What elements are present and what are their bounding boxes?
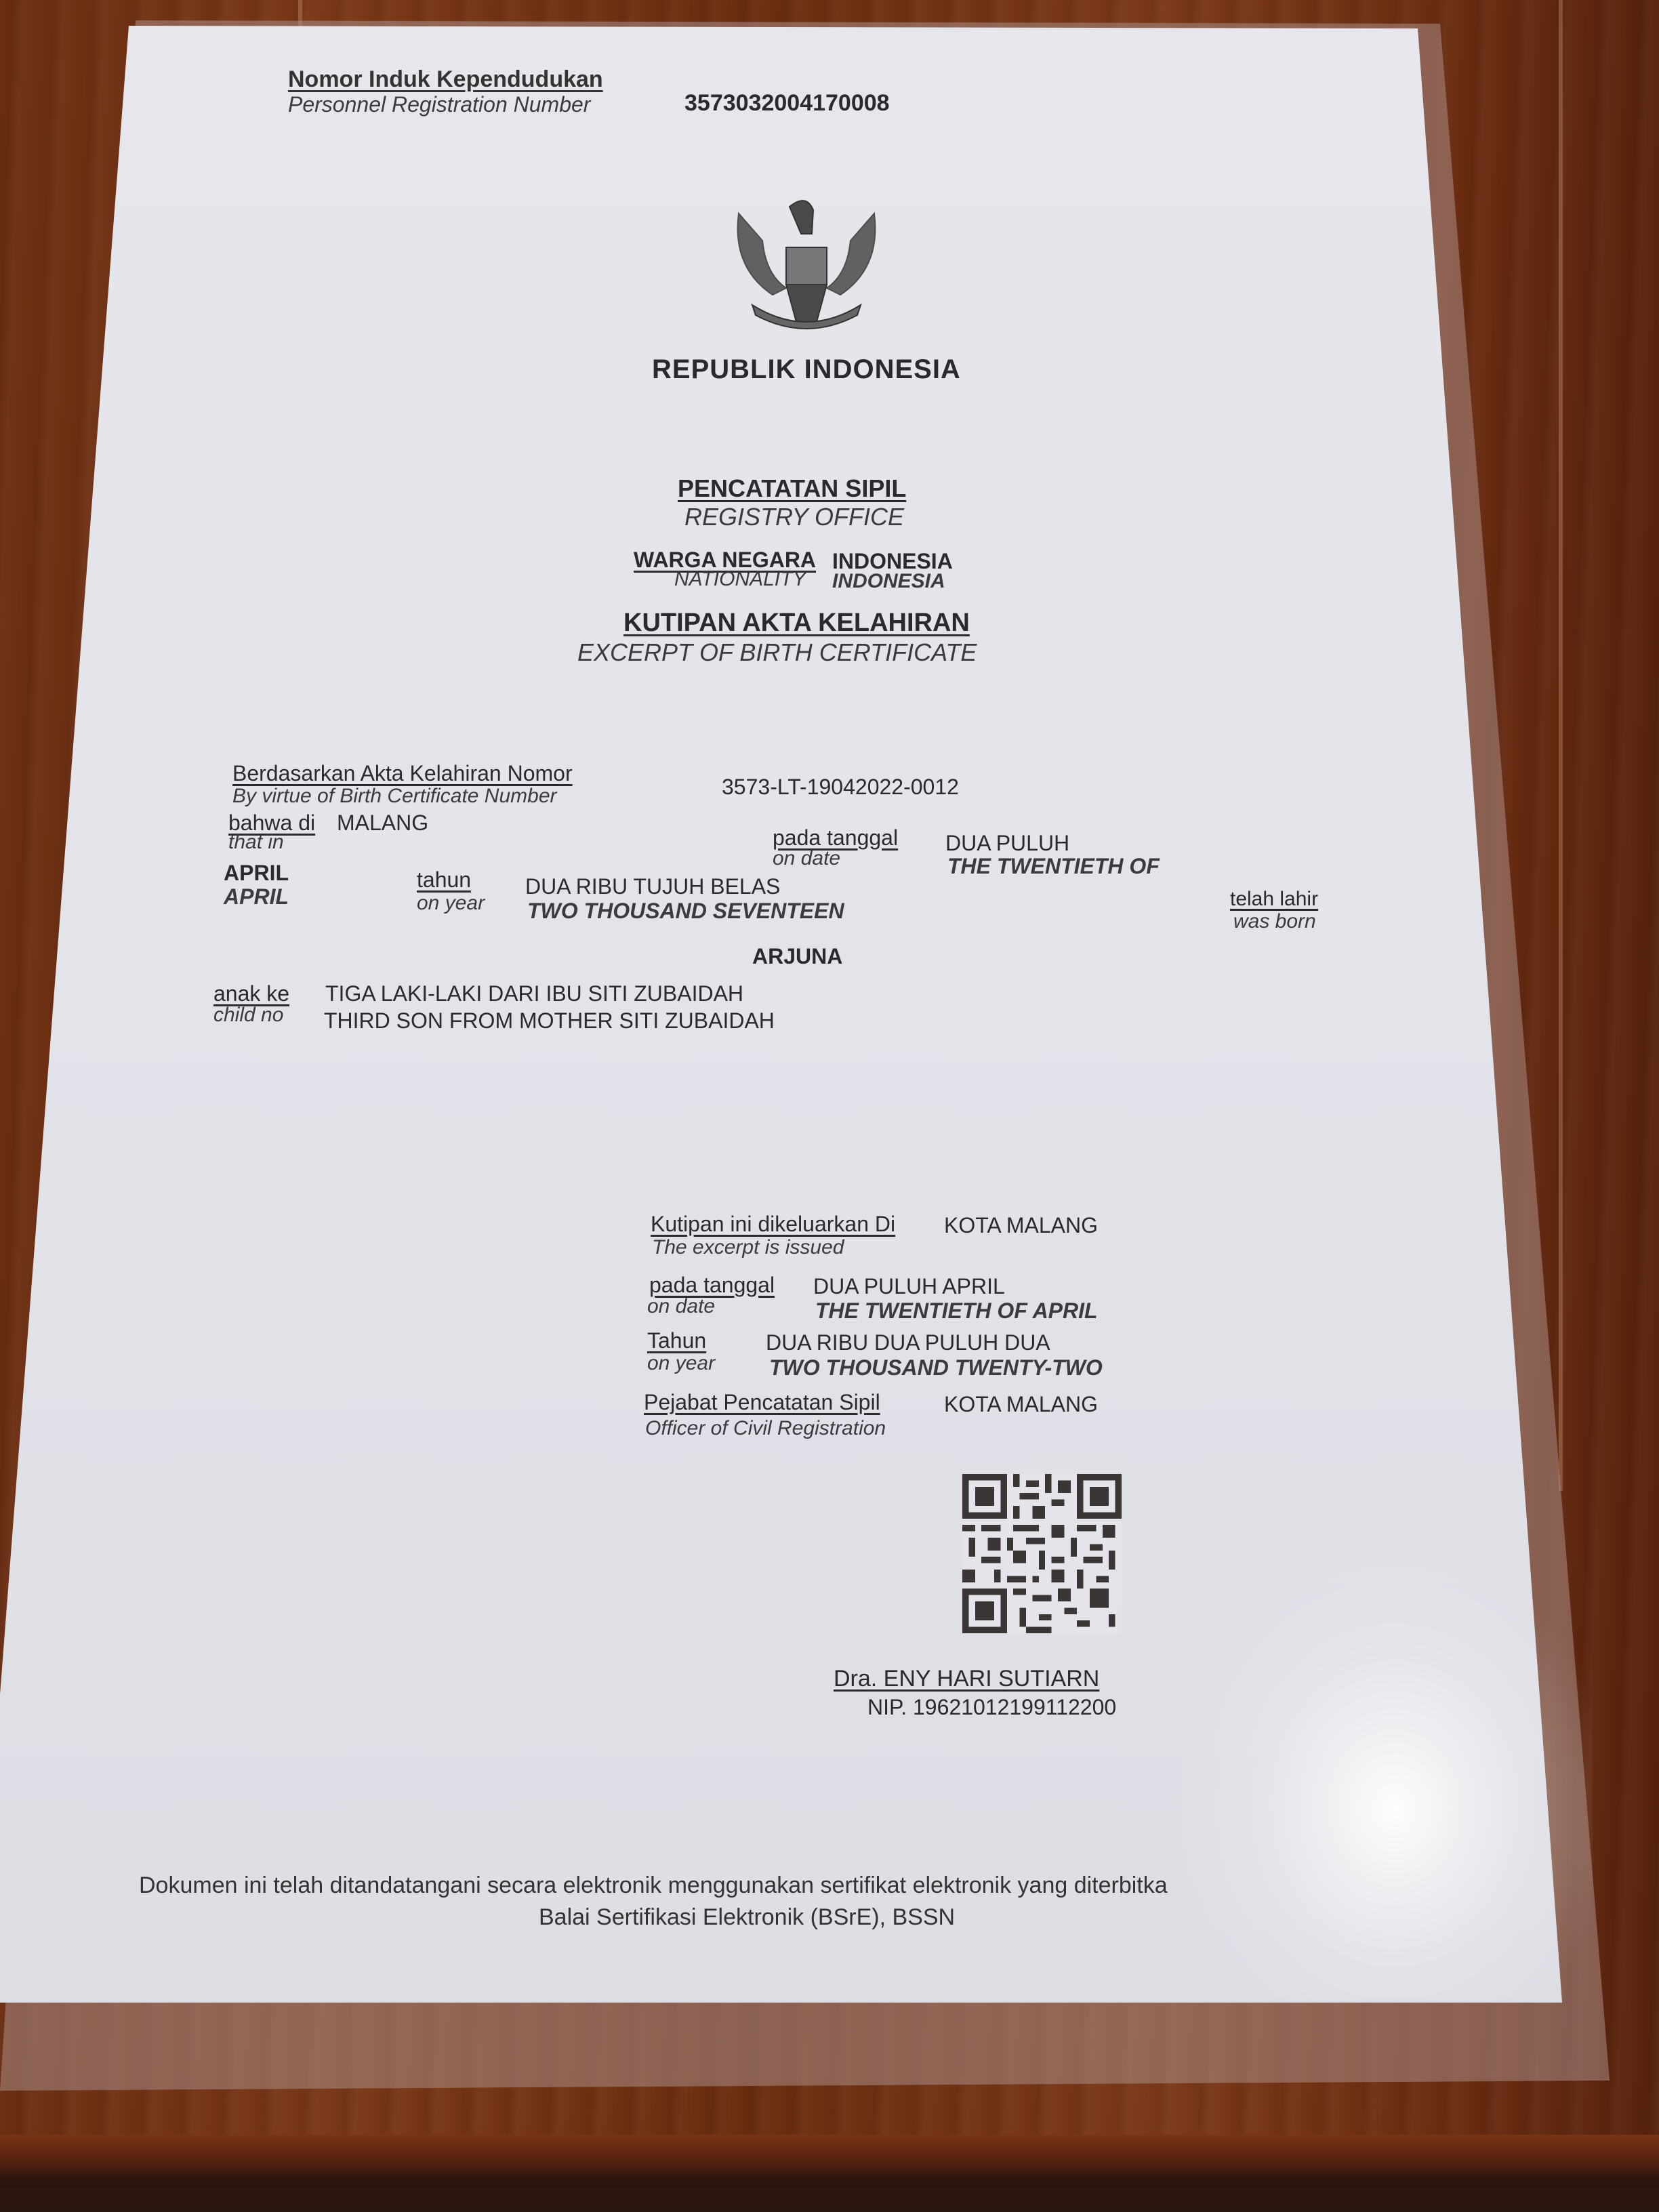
nationality-value-en: INDONESIA xyxy=(832,571,945,592)
child-no-value: TIGA LAKI-LAKI DARI IBU SITI ZUBAIDAH xyxy=(325,983,743,1004)
footer-issuer: Balai Sertifikasi Elektronik (BSrE), BSS… xyxy=(539,1906,955,1929)
officer-label: Pejabat Pencatatan Sipil xyxy=(644,1391,880,1413)
signatory-nip: NIP. 19621012199112200 xyxy=(867,1696,1116,1718)
nik-label: Nomor Induk Kependudukan xyxy=(288,68,603,91)
nationality-value: INDONESIA xyxy=(832,550,953,572)
child-no-value-en: THIRD SON FROM MOTHER SITI ZUBAIDAH xyxy=(324,1010,775,1031)
birth-year-label-en: on year xyxy=(417,893,485,914)
place-label-en: that in xyxy=(228,832,284,853)
born-label: telah lahir xyxy=(1230,889,1318,909)
nik-value: 3573032004170008 xyxy=(684,91,890,115)
born-label-en: was born xyxy=(1233,912,1316,932)
issue-date-label-en: on date xyxy=(647,1296,715,1317)
issue-date-value-en: THE TWENTIETH OF APRIL xyxy=(815,1300,1098,1322)
document-title-en: EXCERPT OF BIRTH CERTIFICATE xyxy=(577,640,977,665)
issued-value: KOTA MALANG xyxy=(944,1214,1098,1236)
issue-date-label: pada tanggal xyxy=(649,1274,775,1296)
birth-month-value-en: APRIL xyxy=(224,886,289,907)
cert-number-value: 3573-LT-19042022-0012 xyxy=(722,776,959,798)
issue-year-label: Tahun xyxy=(647,1330,706,1351)
birth-date-value: DUA PULUH xyxy=(945,832,1069,854)
issue-year-value-en: TWO THOUSAND TWENTY-TWO xyxy=(769,1357,1103,1378)
signatory-name: Dra. ENY HARI SUTIARN xyxy=(834,1667,1099,1690)
birth-year-value-en: TWO THOUSAND SEVENTEEN xyxy=(527,900,844,922)
birth-date-label-en: on date xyxy=(773,848,840,869)
issued-label: Kutipan ini dikeluarkan Di xyxy=(651,1213,895,1235)
child-no-label: anak ke xyxy=(213,983,289,1004)
qr-code-icon xyxy=(962,1474,1122,1633)
issued-label-en: The excerpt is issued xyxy=(652,1237,844,1258)
child-no-label-en: child no xyxy=(213,1005,283,1025)
country-title: REPUBLIK INDONESIA xyxy=(652,356,961,383)
birth-year-value: DUA RIBU TUJUH BELAS xyxy=(525,876,780,897)
document-title: KUTIPAN AKTA KELAHIRAN xyxy=(623,610,970,636)
footer-esign-notice: Dokumen ini telah ditandatangani secara … xyxy=(139,1874,1168,1897)
child-name: ARJUNA xyxy=(752,945,842,967)
officer-label-en: Officer of Civil Registration xyxy=(645,1418,886,1439)
issue-date-value: DUA PULUH APRIL xyxy=(813,1275,1005,1297)
cert-number-label-en: By virtue of Birth Certificate Number xyxy=(232,786,557,806)
cert-number-label: Berdasarkan Akta Kelahiran Nomor xyxy=(232,762,573,784)
garuda-emblem-icon xyxy=(725,193,888,342)
nik-label-en: Personnel Registration Number xyxy=(288,94,590,115)
issue-year-label-en: on year xyxy=(647,1353,715,1374)
issue-year-value: DUA RIBU DUA PULUH DUA xyxy=(766,1332,1050,1353)
birth-date-value-en: THE TWENTIETH OF xyxy=(947,855,1160,877)
office-label: PENCATATAN SIPIL xyxy=(678,476,906,501)
nationality-label-en: NATIONALITY xyxy=(674,569,806,590)
wood-seam xyxy=(1559,0,1563,1491)
table-edge xyxy=(0,2135,1659,2212)
officer-value: KOTA MALANG xyxy=(944,1393,1098,1415)
birth-month-value: APRIL xyxy=(224,862,289,884)
birth-year-label: tahun xyxy=(417,869,471,890)
place-value: MALANG xyxy=(337,812,428,834)
birth-date-label: pada tanggal xyxy=(773,827,898,848)
office-label-en: REGISTRY OFFICE xyxy=(684,505,904,529)
